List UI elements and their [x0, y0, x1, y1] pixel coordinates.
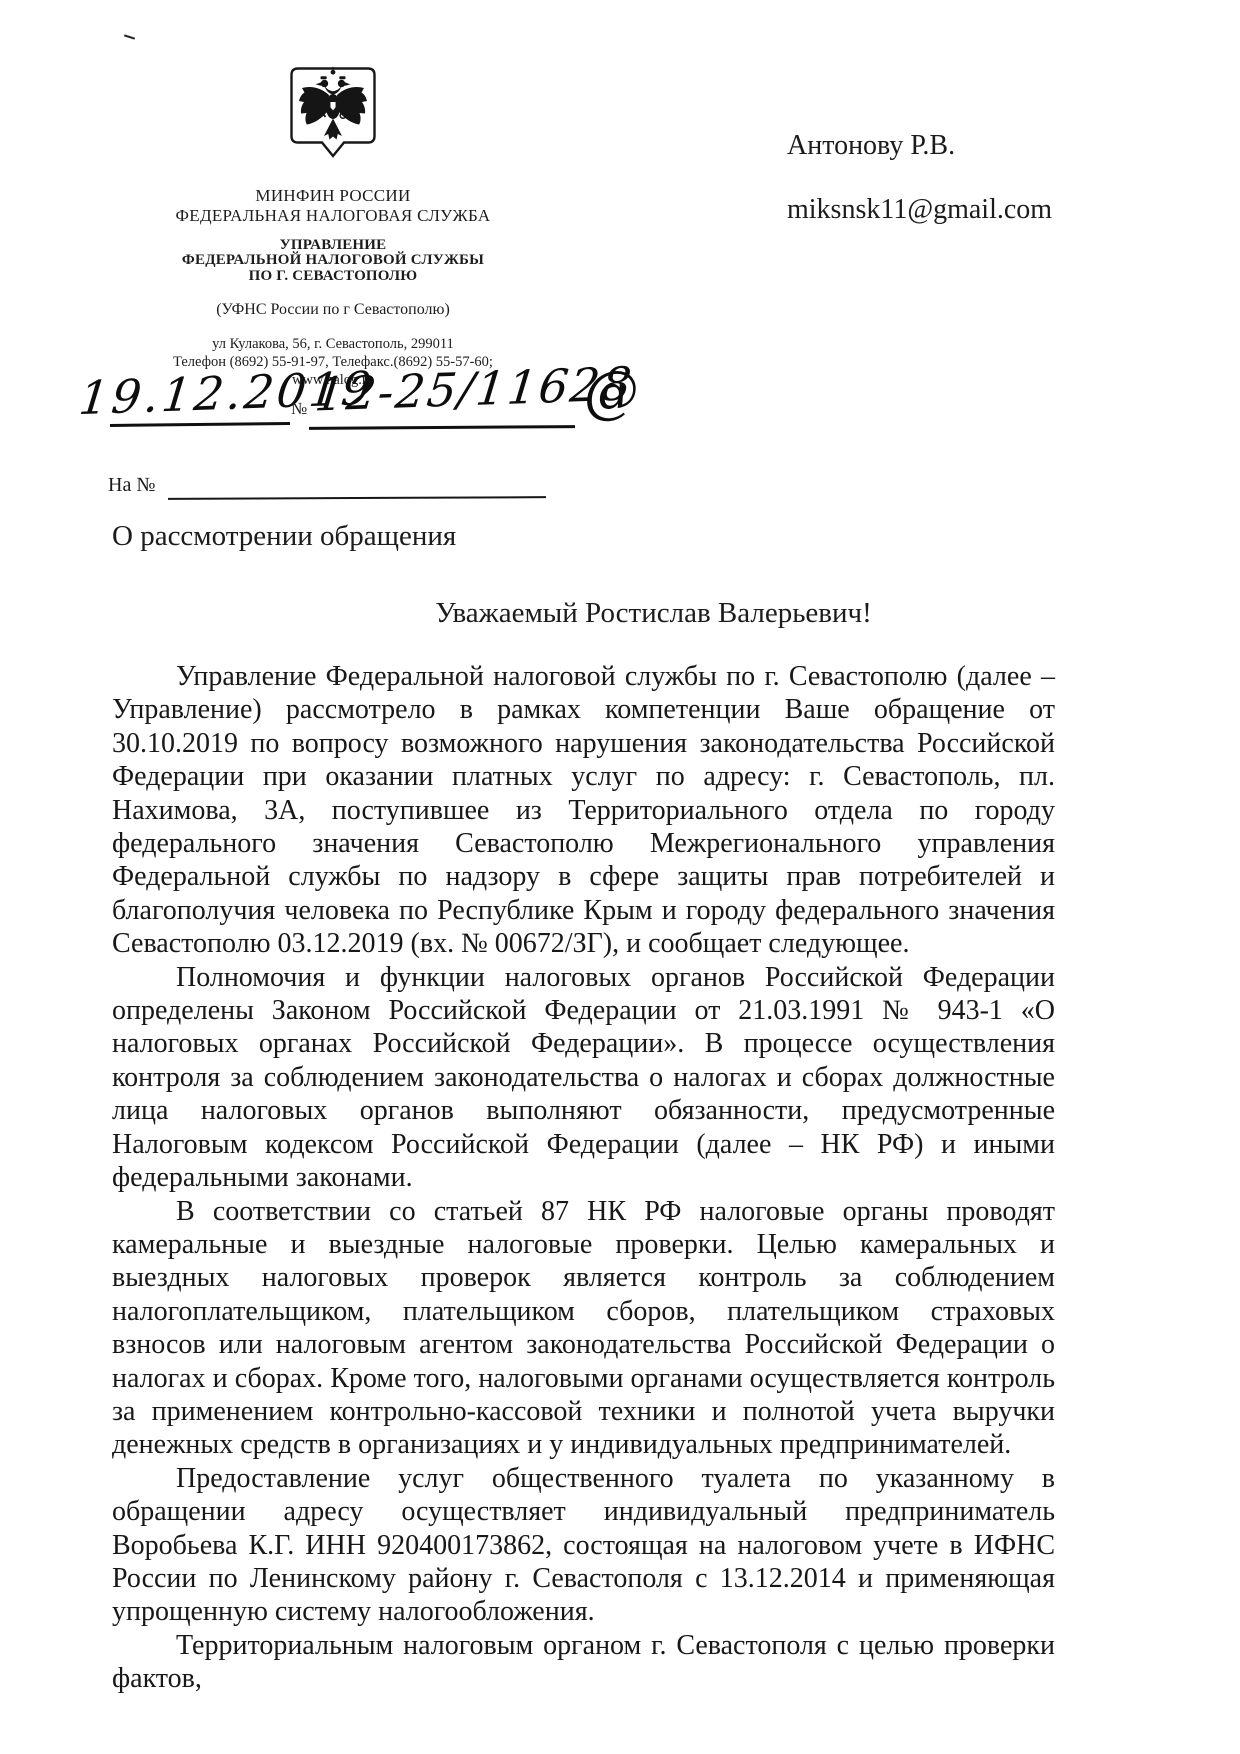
salutation: Уважаемый Ростислав Валерьевич!	[112, 597, 1055, 630]
letterhead-department-line2: ФЕДЕРАЛЬНОЙ НАЛОГОВОЙ СЛУЖБЫ	[153, 253, 513, 268]
number-underline	[309, 425, 575, 430]
subject-line: О рассмотрении обращения	[112, 520, 456, 553]
coat-of-arms-icon	[288, 66, 378, 164]
letterhead-service: ФЕДЕРАЛЬНАЯ НАЛОГОВАЯ СЛУЖБА	[153, 207, 513, 224]
letter-body: Управление Федеральной налоговой службы …	[112, 660, 1055, 1696]
letterhead-address: ул Кулакова, 56, г. Севастополь, 299011	[153, 335, 513, 353]
reply-to-label: На №	[108, 474, 155, 497]
number-sign: №	[291, 399, 307, 419]
reply-to-underline	[168, 496, 546, 500]
body-paragraph: Управление Федеральной налоговой службы …	[112, 660, 1055, 961]
body-paragraph: Территориальным налоговым органом г. Сев…	[112, 1629, 1055, 1696]
letterhead-short-name: (УФНС России по г Севастополю)	[153, 301, 513, 319]
body-paragraph: В соответствии со статьей 87 НК РФ налог…	[112, 1195, 1055, 1462]
pen-tick-mark	[124, 34, 135, 39]
body-paragraph: Полномочия и функции налоговых органов Р…	[112, 961, 1055, 1195]
letter-page: МИНФИН РОССИИ ФЕДЕРАЛЬНАЯ НАЛОГОВАЯ СЛУЖ…	[0, 0, 1240, 1754]
letterhead-ministry: МИНФИН РОССИИ	[153, 187, 513, 204]
letterhead-department-line3: ПО Г. СЕВАСТОПОЛЮ	[153, 269, 513, 284]
body-paragraph: Предоставление услуг общественного туале…	[112, 1462, 1055, 1629]
recipient-email: miksnsk11@gmail.com	[787, 194, 1052, 226]
letterhead: МИНФИН РОССИИ ФЕДЕРАЛЬНАЯ НАЛОГОВАЯ СЛУЖ…	[153, 66, 513, 389]
recipient-name: Антонову Р.В.	[787, 130, 955, 162]
handwritten-at-sign: @	[580, 357, 642, 427]
date-underline	[110, 422, 290, 427]
